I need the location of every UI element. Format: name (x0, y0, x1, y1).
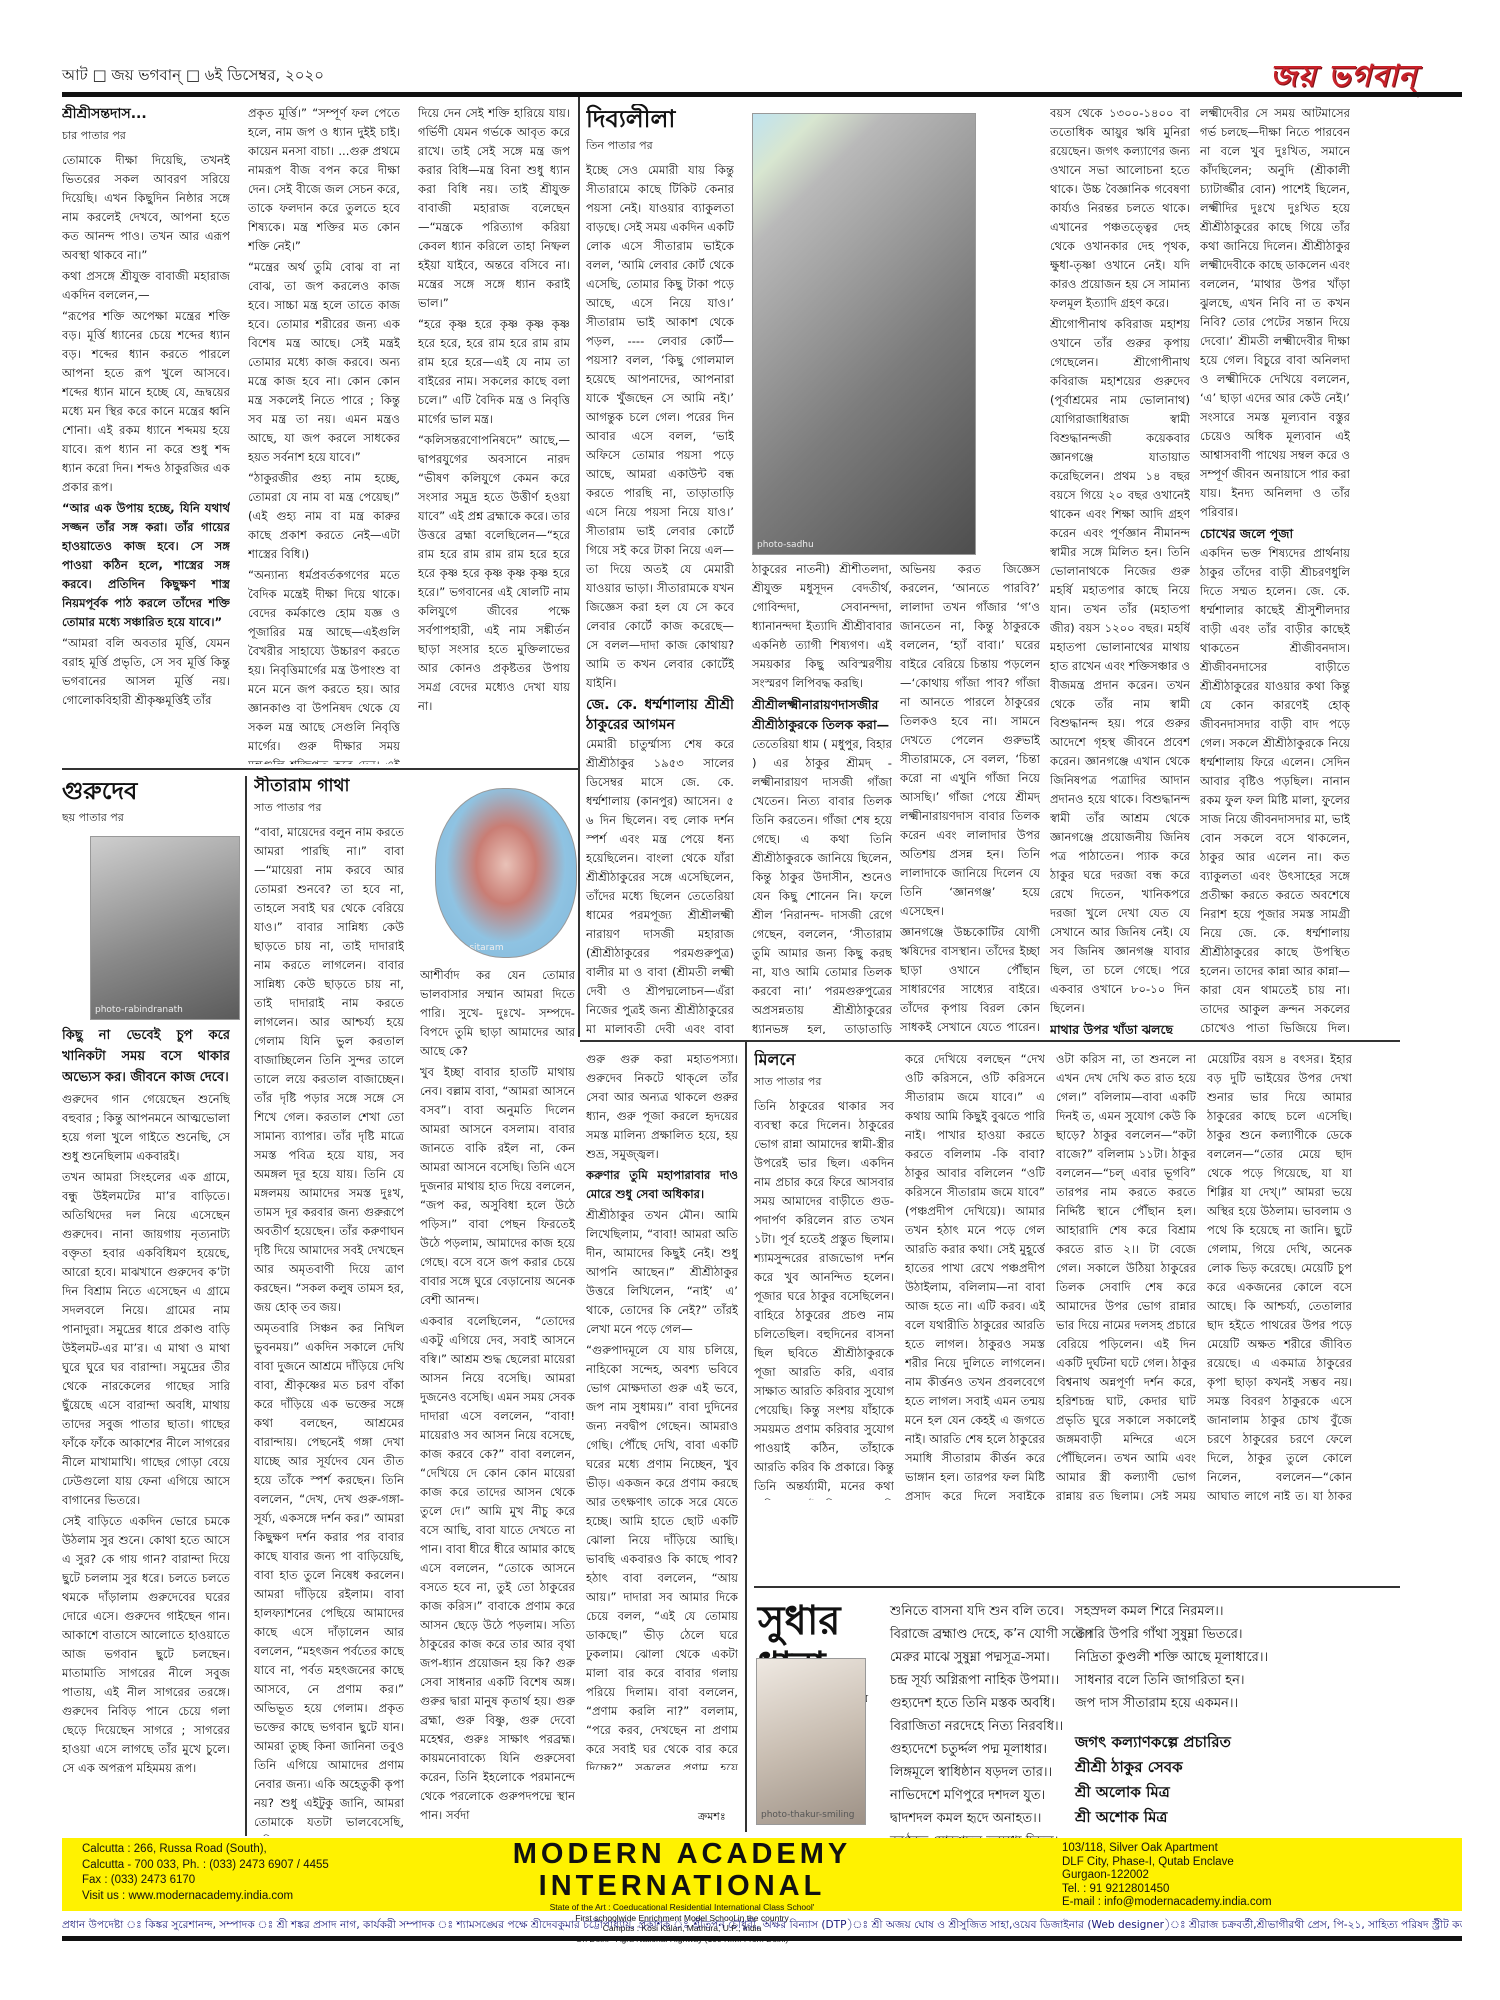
section-divider (580, 1040, 1400, 1042)
ad-title: MODERN ACADEMY INTERNATIONAL (402, 1838, 962, 1902)
article-divyalila-col4: বয়স থেকে ১৩০০-১৪০০ বা ততোধিক আয়ুর ঋষি … (1050, 104, 1190, 1034)
paragraph: বয়স থেকে ১৩০০-১৪০০ বা ততোধিক আয়ুর ঋষি … (1050, 104, 1190, 313)
paragraph: “অন্যান্য ধর্মপ্রবর্তকগণের মতে বৈদিক মন্… (248, 566, 400, 764)
verse-line: উপরি উপরি গাঁথা সুষুম্না ভিতরে। (1075, 1623, 1275, 1646)
paragraph: দিয়ে দেন সেই শক্তি হারিয়ে যায়। গর্ভিণ… (418, 104, 570, 313)
imprint-line: প্রধান উপদেষ্টা ঃ কিঙ্কর সুরেশানন্দ, সম্… (62, 1918, 1462, 1935)
article-divyalila-col5: লক্ষ্মীদেবীর সে সময় আটমাসের গর্ভ চলছে—দ… (1200, 104, 1350, 1034)
paragraph: জ্ঞানগঞ্জে উচ্চকোটির যোগী ঋষিদের বাসস্থা… (900, 923, 1040, 1034)
article-guru-cont: গুরু গুরু করা মহাতপস্যা। গুরুদেব নিকটে থ… (586, 1050, 738, 1770)
credit-line: জগৎ কল্যাণকল্পে প্রচারিত (1075, 1730, 1231, 1755)
article-title: সীতারাম গাথা (254, 776, 404, 796)
section-divider (62, 768, 578, 770)
paragraph: তিনি ঠাকুরের থাকার সব ব্যবস্থা করে দিলেন… (754, 1097, 894, 1500)
sitaram-photo: photo-sitaram (435, 788, 577, 958)
paragraph: করে দেখিয়ে বলছেন “দেখ ওটি করিসনে, ওটি ক… (905, 1050, 1045, 1500)
paragraph: সেই বাড়িতে একদিন ভোরে চমকে উঠলাম সুর শু… (62, 1512, 230, 1778)
article-title: দিব্যলীলা (586, 104, 734, 134)
paragraph: মেয়েটির বয়স ৪ বৎসর। ইহার বড় দুটি ভাইয… (1207, 1050, 1352, 1500)
article-milane-col3: ওটা করিস না, তা শুনলে না এখন দেখ দেখি কত… (1056, 1050, 1196, 1500)
gurudev-photo: photo-rabindranath (90, 836, 240, 1020)
column-divider (745, 1042, 747, 1832)
paragraph: “মন্ত্রের অর্থ তুমি বোঝ বা না বোঝ, তা জপ… (248, 258, 400, 467)
paragraph: “হরে কৃষ্ণ হরে কৃষ্ণ কৃষ্ণ কৃষ্ণ হরে হরে… (418, 315, 570, 429)
paragraph: “গুরুপাদমূলে যে যায় চলিয়ে, নাহিকো সন্দ… (586, 1341, 738, 1770)
bottom-rule (62, 1936, 1462, 1941)
paragraph: আশীর্বাদ কর যেন তোমার ভালবাসার সম্মান আম… (420, 966, 575, 1061)
paragraph: তোমাকে দীক্ষা দিয়েছি, তখনই ভিতরের সকল আ… (62, 151, 230, 265)
verse-line: সাধনার বলে তিনি জাগরিতা হন। (1075, 1669, 1275, 1692)
paragraph: ঠাকুরের নাতনী) শ্রীশীতলদা, শ্রীযুক্ত মধু… (752, 560, 892, 693)
subheading: মাথার উপর খাঁড়া ঝুলছে (1050, 1020, 1190, 1034)
paragraph: “আমরা বলি অবতার মূর্ত্তি, যেমন বরাহ মূর্… (62, 634, 230, 710)
paragraph: মেমারী চাতুর্ম্মাস্য শেষ করে শ্রীশ্রীঠাক… (586, 735, 734, 1034)
article-divyalila-col3: অভিনয় করত জিজ্ঞেস করলেন, ‘আনতে পারবি?’ … (900, 560, 1040, 1034)
article-sitaram-gatha: সীতারাম গাথা সাত পাতার পর “বাবা, মায়েদে… (254, 776, 404, 1836)
ad-website-link[interactable]: Visit us : www.modernacademy.india.com (82, 1889, 329, 1905)
paragraph: তখন আমরা সিংহলের এক গ্রামে, বন্ধু উইলমটে… (62, 1168, 230, 1510)
ad-tagline: State of the Art : Coeducational Residen… (402, 1902, 962, 1913)
paragraph: লক্ষ্মীদেবীর সে সময় আটমাসের গর্ভ চলছে—দ… (1200, 104, 1350, 522)
paragraph: ইচ্ছে সেও মেমারী যায় কিন্তু সীতারামে কা… (586, 161, 734, 693)
top-rule (62, 92, 1462, 97)
article-santadas-col3: দিয়ে দেন সেই শক্তি হারিয়ে যায়। গর্ভিণ… (418, 104, 570, 764)
paragraph: একদিন ভক্ত শিষ্যদের প্রার্থনায় ঠাকুর তা… (1200, 544, 1350, 1034)
continued-label: ছয় পাতার পর (62, 808, 230, 827)
article-santadas-col1: শ্রীশ্রীসন্তদাস... চার পাতার পর তোমাকে দ… (62, 104, 230, 764)
column-divider (578, 97, 580, 1037)
paragraph: শ্রীশ্রীঠাকুর তখন মৌন। আমি লিখেছিলাম, “ব… (586, 1206, 738, 1339)
verse-line: নিদ্রিতা কুণ্ডলী শক্তি আছে মূলাধারে।। (1075, 1646, 1275, 1669)
credits-block: জগৎ কল্যাণকল্পে প্রচারিত শ্রীশ্রী ঠাকুর … (1075, 1730, 1231, 1830)
section-divider (754, 1586, 1400, 1588)
page-header-line: আট □ জয় ভগবান্ □ ৬ই ডিসেম্বর, ২০২০ (62, 64, 324, 89)
advertisement-banner[interactable]: Calcutta : 266, Russa Road (South), Calc… (62, 1838, 1462, 1911)
poem-verses-right: সহস্রদল কমল শিরে নিরমল।। উপরি উপরি গাঁথা… (1075, 1600, 1275, 1715)
credit-line: শ্রী অলোক মিত্র (1075, 1780, 1231, 1805)
column-divider (245, 776, 247, 1836)
ad-email-link[interactable]: E-mail : info@modernacademy.india.com (1062, 1896, 1272, 1910)
article-milane-col1: মিলনে সাত পাতার পর তিনি ঠাকুরের থাকার সব… (754, 1050, 894, 1500)
paragraph: খুব ইচ্ছা বাবার হাতটি মাথায় নেব। বল্লাম… (420, 1063, 575, 1310)
paragraph: অভিনয় করত জিজ্ঞেস করলেন, ‘আনতে পারবি?’ … (900, 560, 1040, 921)
sudha-dhara-photo: photo-thakur-smiling (756, 1658, 866, 1825)
paragraph: শ্রীগোপীনাথ কবিরাজ মহাশয় ওখানে তাঁর গুর… (1050, 315, 1190, 1018)
article-milane-col2: করে দেখিয়ে বলছেন “দেখ ওটি করিসনে, ওটি ক… (905, 1050, 1045, 1500)
continued-label: তিন পাতার পর (586, 136, 734, 155)
subheading: চোখের জলে পূজা (1200, 524, 1350, 544)
verse-line: জপ দাস সীতারাম হয়ে একমন।। (1075, 1692, 1275, 1715)
article-divyalila-col2: ঠাকুরের নাতনী) শ্রীশীতলদা, শ্রীযুক্ত মধু… (752, 560, 892, 1034)
paragraph: করুণার তুমি মহাপারাবার দাও মোরে শুধু সেব… (586, 1166, 738, 1204)
ad-address-right: 103/118, Silver Oak Apartment DLF City, … (1062, 1842, 1272, 1910)
credit-line: শ্রী অশোক মিত্র (1075, 1805, 1231, 1830)
paragraph: গুরুদেব গান গেয়েছেন শুনেছি বহুবার ; কিন… (62, 1090, 230, 1166)
paragraph: প্রকৃত মূর্ত্তি।” “সম্পূর্ণ ফল পেতে হলে,… (248, 104, 400, 256)
article-divyalila-col1: দিব্যলীলা তিন পাতার পর ইচ্ছে সেও মেমারী … (586, 104, 734, 1034)
article-title: গুরুদেব (62, 776, 230, 806)
paragraph: একবার বলেছিলেন, “তোদের একটু এগিয়ে দেব, … (420, 1312, 575, 1825)
paragraph: তেতেরিয়া ধাম ( মধুপুর, বিহার ) এর ঠাকুর… (752, 735, 892, 1034)
continued-label: চার পাতার পর (62, 126, 230, 145)
article-title: মিলনে (754, 1050, 894, 1070)
paragraph: অমৃতবারি সিঞ্চন কর নিখিল ভুবনময়।” একদিন… (254, 1319, 404, 1836)
subheading: শ্রীশ্রীলক্ষ্মীনারায়ণদাসজীর শ্রীশ্রীঠাক… (752, 695, 892, 735)
subheading: জে. কে. ধর্ম্মশালায় শ্রীশ্রী ঠাকুরের আগ… (586, 695, 734, 735)
paragraph: ওটা করিস না, তা শুনলে না এখন দেখ দেখি কত… (1056, 1050, 1196, 1500)
paragraph: “কলিসন্তরণোপনিষদে” আছে,—দ্বাপরযুগের অবসা… (418, 431, 570, 716)
paragraph: গুরু গুরু করা মহাতপস্যা। গুরুদেব নিকটে থ… (586, 1050, 738, 1164)
article-title: শ্রীশ্রীসন্তদাস... (62, 104, 230, 124)
article-milane-col4: মেয়েটির বয়স ৪ বৎসর। ইহার বড় দুটি ভাইয… (1207, 1050, 1352, 1500)
paragraph: “ঠাকুরজীর গুহ্য নাম হচ্ছে, তোমরা যে নাম … (248, 469, 400, 564)
article-santadas-col2: প্রকৃত মূর্ত্তি।” “সম্পূর্ণ ফল পেতে হলে,… (248, 104, 400, 764)
paragraph: “বাবা, মায়েদের বলুন নাম করতে আমরা পারছি… (254, 823, 404, 1317)
article-sitaram-gatha-cont: আশীর্বাদ কর যেন তোমার ভালবাসার সম্মান আম… (420, 966, 575, 1836)
paragraph-bold: “আর এক উপায় হচ্ছে, যিনি যথার্থ সজ্জন তা… (62, 499, 230, 632)
continued-marker: ক্রমশঃ (698, 1808, 726, 1827)
credit-line: শ্রীশ্রী ঠাকুর সেবক (1075, 1755, 1231, 1780)
continued-label: সাত পাতার পর (754, 1072, 894, 1091)
divyalila-photo: photo-sadhu (752, 113, 976, 555)
lead-quote: কিছু না ভেবেই চুপ করে খানিকটা সময় বসে থ… (62, 1025, 230, 1088)
continued-label: সাত পাতার পর (254, 798, 404, 817)
verse-line: সহস্রদল কমল শিরে নিরমল।। (1075, 1600, 1275, 1623)
paragraph: “রূপের শক্তি অপেক্ষা মন্ত্রের শক্তি বড়।… (62, 307, 230, 497)
paragraph: কথা প্রসঙ্গে শ্রীযুক্ত বাবাজী মহারাজ একদ… (62, 267, 230, 305)
ad-address-left: Calcutta : 266, Russa Road (South), Calc… (82, 1842, 329, 1904)
